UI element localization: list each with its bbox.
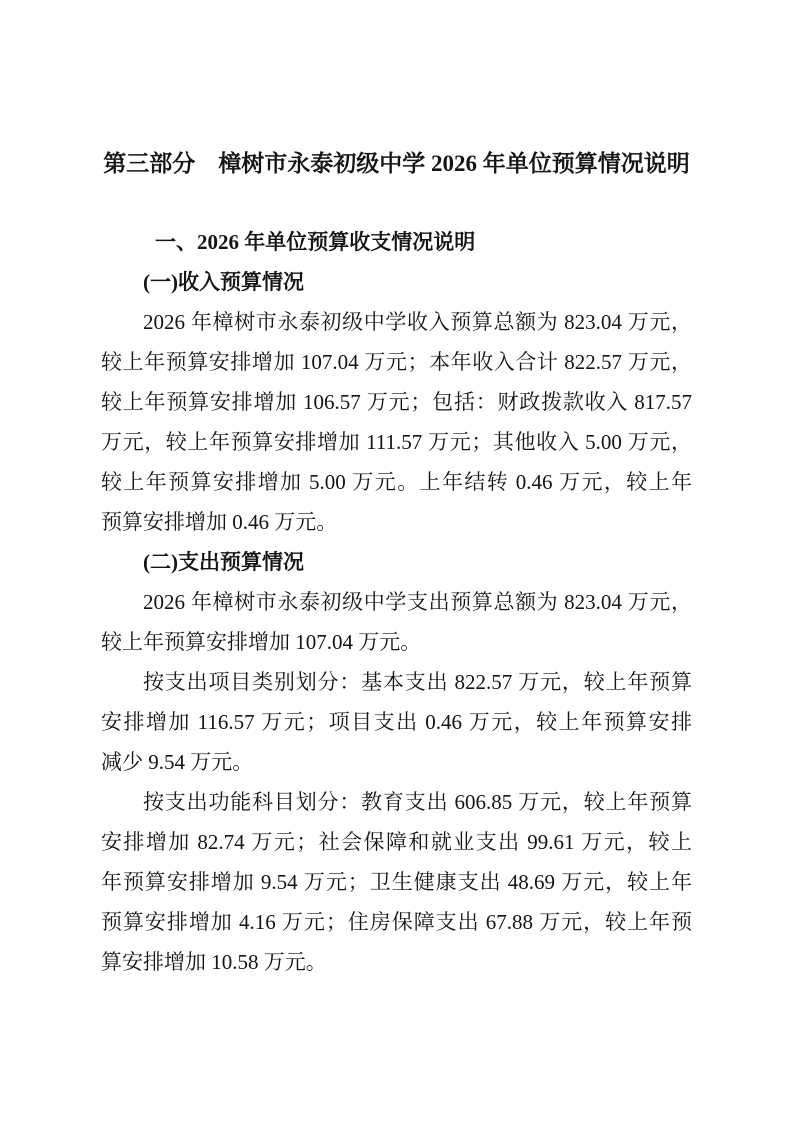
subsection-heading-expense: (二)支出预算情况	[101, 542, 692, 582]
text-line: 较上年预算安排增加 106.57 万元；包括：财政拨款收入 817.57	[101, 382, 692, 422]
subsection-heading-income: (一)收入预算情况	[101, 262, 692, 302]
text-line: 按支出项目类别划分：基本支出 822.57 万元，较上年预算	[101, 662, 692, 702]
expense-by-function-paragraph: 按支出功能科目划分：教育支出 606.85 万元，较上年预算 安排增加 82.7…	[101, 782, 692, 982]
expense-by-type-paragraph: 按支出项目类别划分：基本支出 822.57 万元，较上年预算 安排增加 116.…	[101, 662, 692, 782]
document-page: 第三部分 樟树市永泰初级中学 2026 年单位预算情况说明 一、2026 年单位…	[0, 0, 793, 1122]
text-line: 较上年预算安排增加 5.00 万元。上年结转 0.46 万元，较上年	[101, 462, 692, 502]
text-line: 预算安排增加 0.46 万元。	[101, 502, 692, 542]
text-line: 安排增加 82.74 万元；社会保障和就业支出 99.61 万元，较上	[101, 822, 692, 862]
text-line: 算安排增加 10.58 万元。	[101, 942, 692, 982]
expense-total-paragraph: 2026 年樟树市永泰初级中学支出预算总额为 823.04 万元， 较上年预算安…	[101, 582, 692, 662]
section-heading-budget-overview: 一、2026 年单位预算收支情况说明	[101, 222, 692, 262]
text-line: 万元，较上年预算安排增加 111.57 万元；其他收入 5.00 万元，	[101, 422, 692, 462]
text-line: 2026 年樟树市永泰初级中学支出预算总额为 823.04 万元，	[101, 582, 692, 622]
text-line: 较上年预算安排增加 107.04 万元。	[101, 622, 692, 662]
text-line: 安排增加 116.57 万元；项目支出 0.46 万元，较上年预算安排	[101, 702, 692, 742]
text-line: 减少 9.54 万元。	[101, 742, 692, 782]
text-line: 较上年预算安排增加 107.04 万元；本年收入合计 822.57 万元，	[101, 342, 692, 382]
document-title: 第三部分 樟树市永泰初级中学 2026 年单位预算情况说明	[101, 144, 692, 184]
text-line: 2026 年樟树市永泰初级中学收入预算总额为 823.04 万元，	[101, 302, 692, 342]
text-line: 按支出功能科目划分：教育支出 606.85 万元，较上年预算	[101, 782, 692, 822]
text-line: 预算安排增加 4.16 万元；住房保障支出 67.88 万元，较上年预	[101, 902, 692, 942]
income-paragraph: 2026 年樟树市永泰初级中学收入预算总额为 823.04 万元， 较上年预算安…	[101, 302, 692, 542]
text-line: 年预算安排增加 9.54 万元；卫生健康支出 48.69 万元，较上年	[101, 862, 692, 902]
